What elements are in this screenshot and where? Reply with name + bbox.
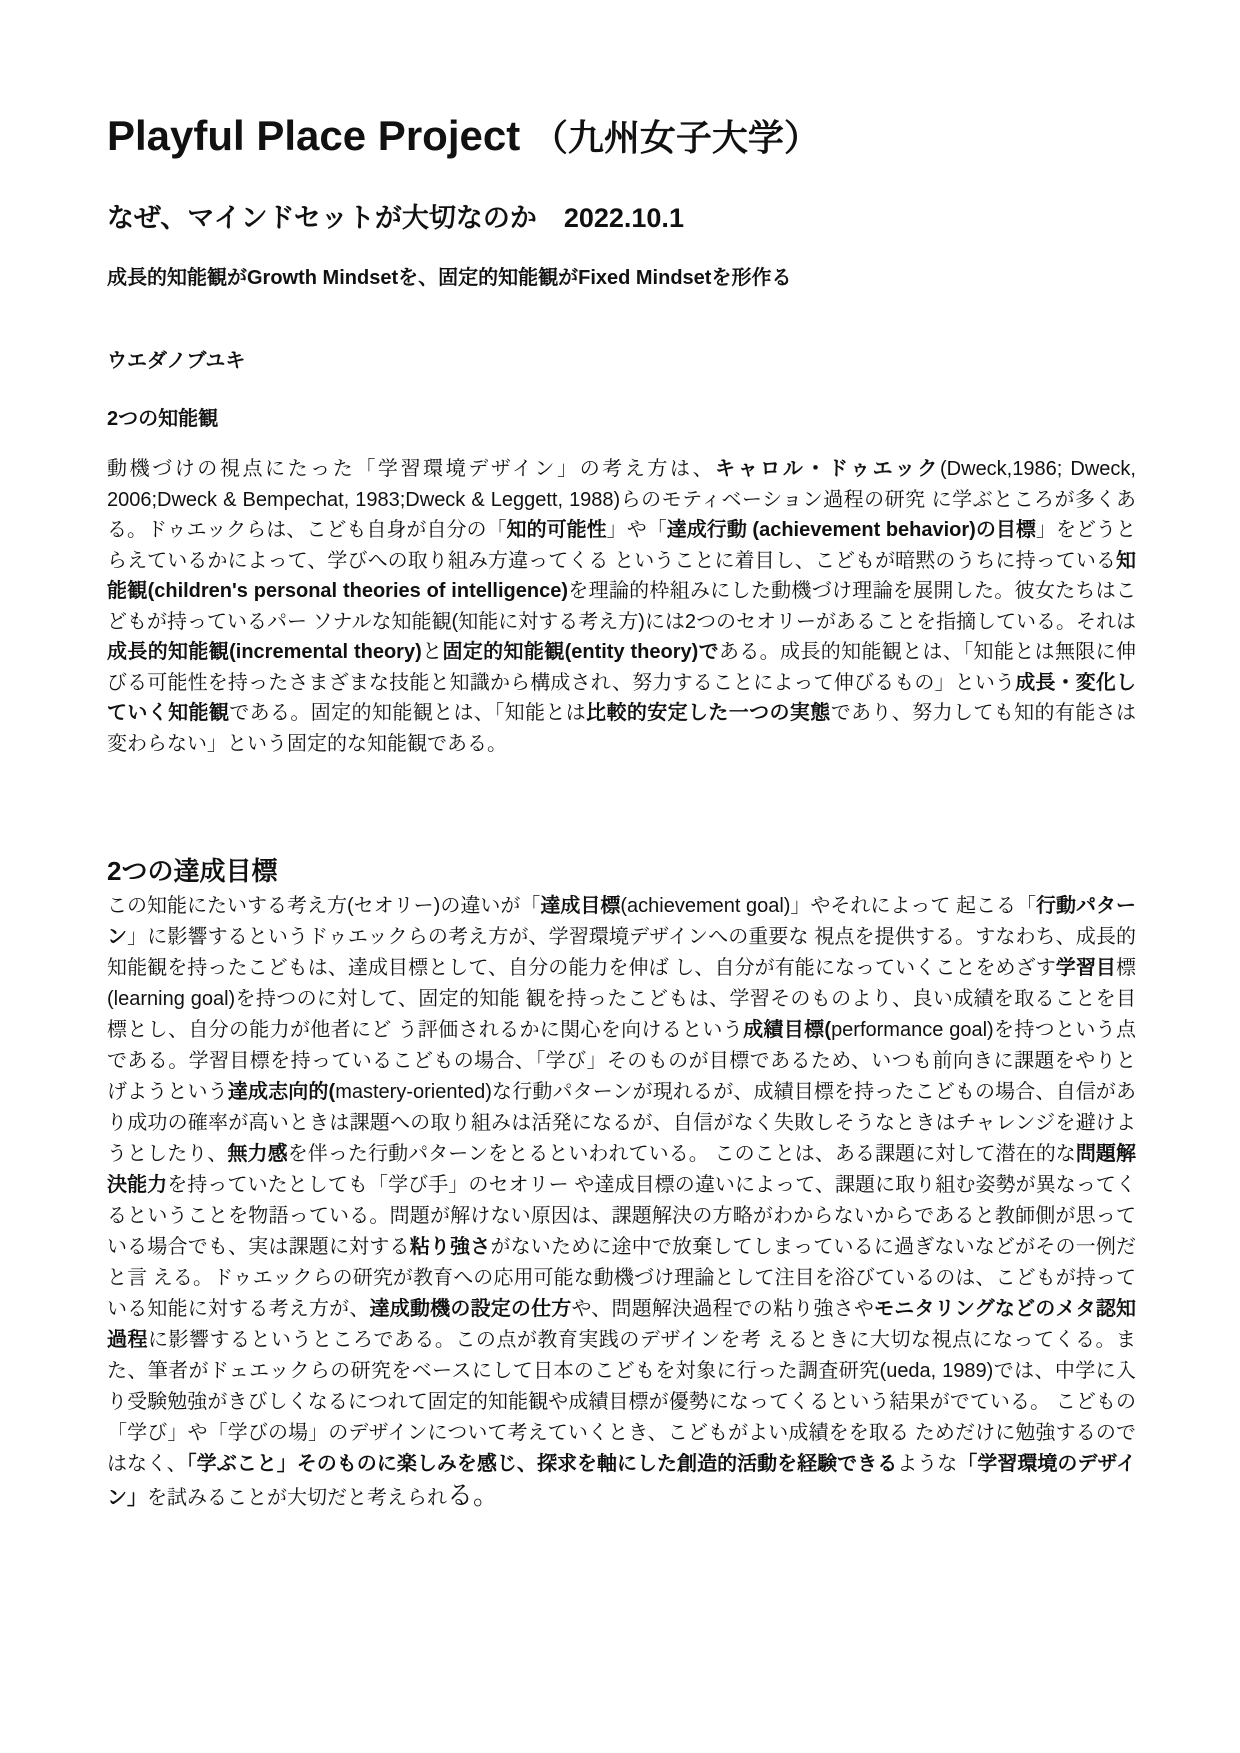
section-two-achievement-goals: 2つの達成目標 この知能にたいする考え方(セオリー)の違いが「達成目標(achi… <box>107 856 1136 1514</box>
text-run: キャロル・ドゥエック <box>715 458 940 480</box>
text-run: である。固定的知能観とは、「知能とは <box>229 702 586 724</box>
text-run: 「学ぶこと」そのものに楽しみを感じ、探求を軸にした創造的活動を経験できる <box>187 1453 898 1475</box>
text-run: 達成行動 (achievement behavior)の目標 <box>667 519 1036 541</box>
text-run: を伴った行動パターンをとるといわれている。 このことは、ある課題に対して潜在的な <box>288 1143 1076 1165</box>
text-run: 学習目 <box>1056 957 1116 979</box>
section-two-intelligence-theories: 2つの知能観 動機づけの視点にたった「学習環境デザイン」の考え方は、キャロル・ド… <box>107 405 1136 759</box>
text-run: この知能にたいする考え方(セオリー)の違いが「 <box>107 895 540 917</box>
text-run: (achievement goal)」やそれによって 起こる「 <box>620 895 1036 917</box>
section-heading: 2つの達成目標 <box>107 856 1136 886</box>
text-run: 成績目標( <box>743 1019 831 1041</box>
section-paragraph: この知能にたいする考え方(セオリー)の違いが「達成目標(achievement … <box>107 891 1136 1514</box>
text-run: る。 <box>447 1480 499 1510</box>
document-title-suffix: （九州女子大学） <box>532 117 820 158</box>
text-run: 達成志向的( <box>228 1081 335 1103</box>
section-paragraph: 動機づけの視点にたった「学習環境デザイン」の考え方は、キャロル・ドゥエック(Dw… <box>107 454 1136 759</box>
text-run: 固定的知能観(entity theory)で <box>442 641 719 663</box>
text-run: 達成動機の設定の仕方 <box>370 1298 572 1320</box>
document-author: ウエダノブユキ <box>107 347 1136 375</box>
document-page: Playful Place Project （九州女子大学） なぜ、マインドセッ… <box>0 0 1240 1753</box>
document-subtitle: なぜ、マインドセットが大切なのか 2022.10.1 <box>107 202 1136 234</box>
text-run: 比較的安定した一つの実態 <box>586 702 831 724</box>
text-run: ような <box>897 1453 957 1475</box>
section-heading: 2つの知能観 <box>107 405 1136 433</box>
text-run: 」や「 <box>607 519 667 541</box>
text-run: 達成目標 <box>540 895 620 917</box>
text-run: 知的可能性 <box>507 519 607 541</box>
text-run: 」に影響するというドゥエックらの考え方が、学習環境デザインへの重要な 視点を提供… <box>107 926 1136 979</box>
text-run: と <box>422 641 443 663</box>
text-run: 粘り強さ <box>410 1236 491 1258</box>
text-run: を試みることが大切だと考えられ <box>147 1487 447 1509</box>
text-run: や、問題解決過程での粘り強さや <box>572 1298 875 1320</box>
document-title: Playful Place Project （九州女子大学） <box>107 112 1136 162</box>
text-run: 成長的知能観(incremental theory) <box>107 641 422 663</box>
document-lead: 成長的知能観がGrowth Mindsetを、固定的知能観がFixed Mind… <box>107 264 1136 292</box>
text-run: 動機づけの視点にたった「学習環境デザイン」の考え方は、 <box>107 458 715 480</box>
document-title-main: Playful Place Project <box>107 112 520 159</box>
text-run: 無力感 <box>227 1143 287 1165</box>
